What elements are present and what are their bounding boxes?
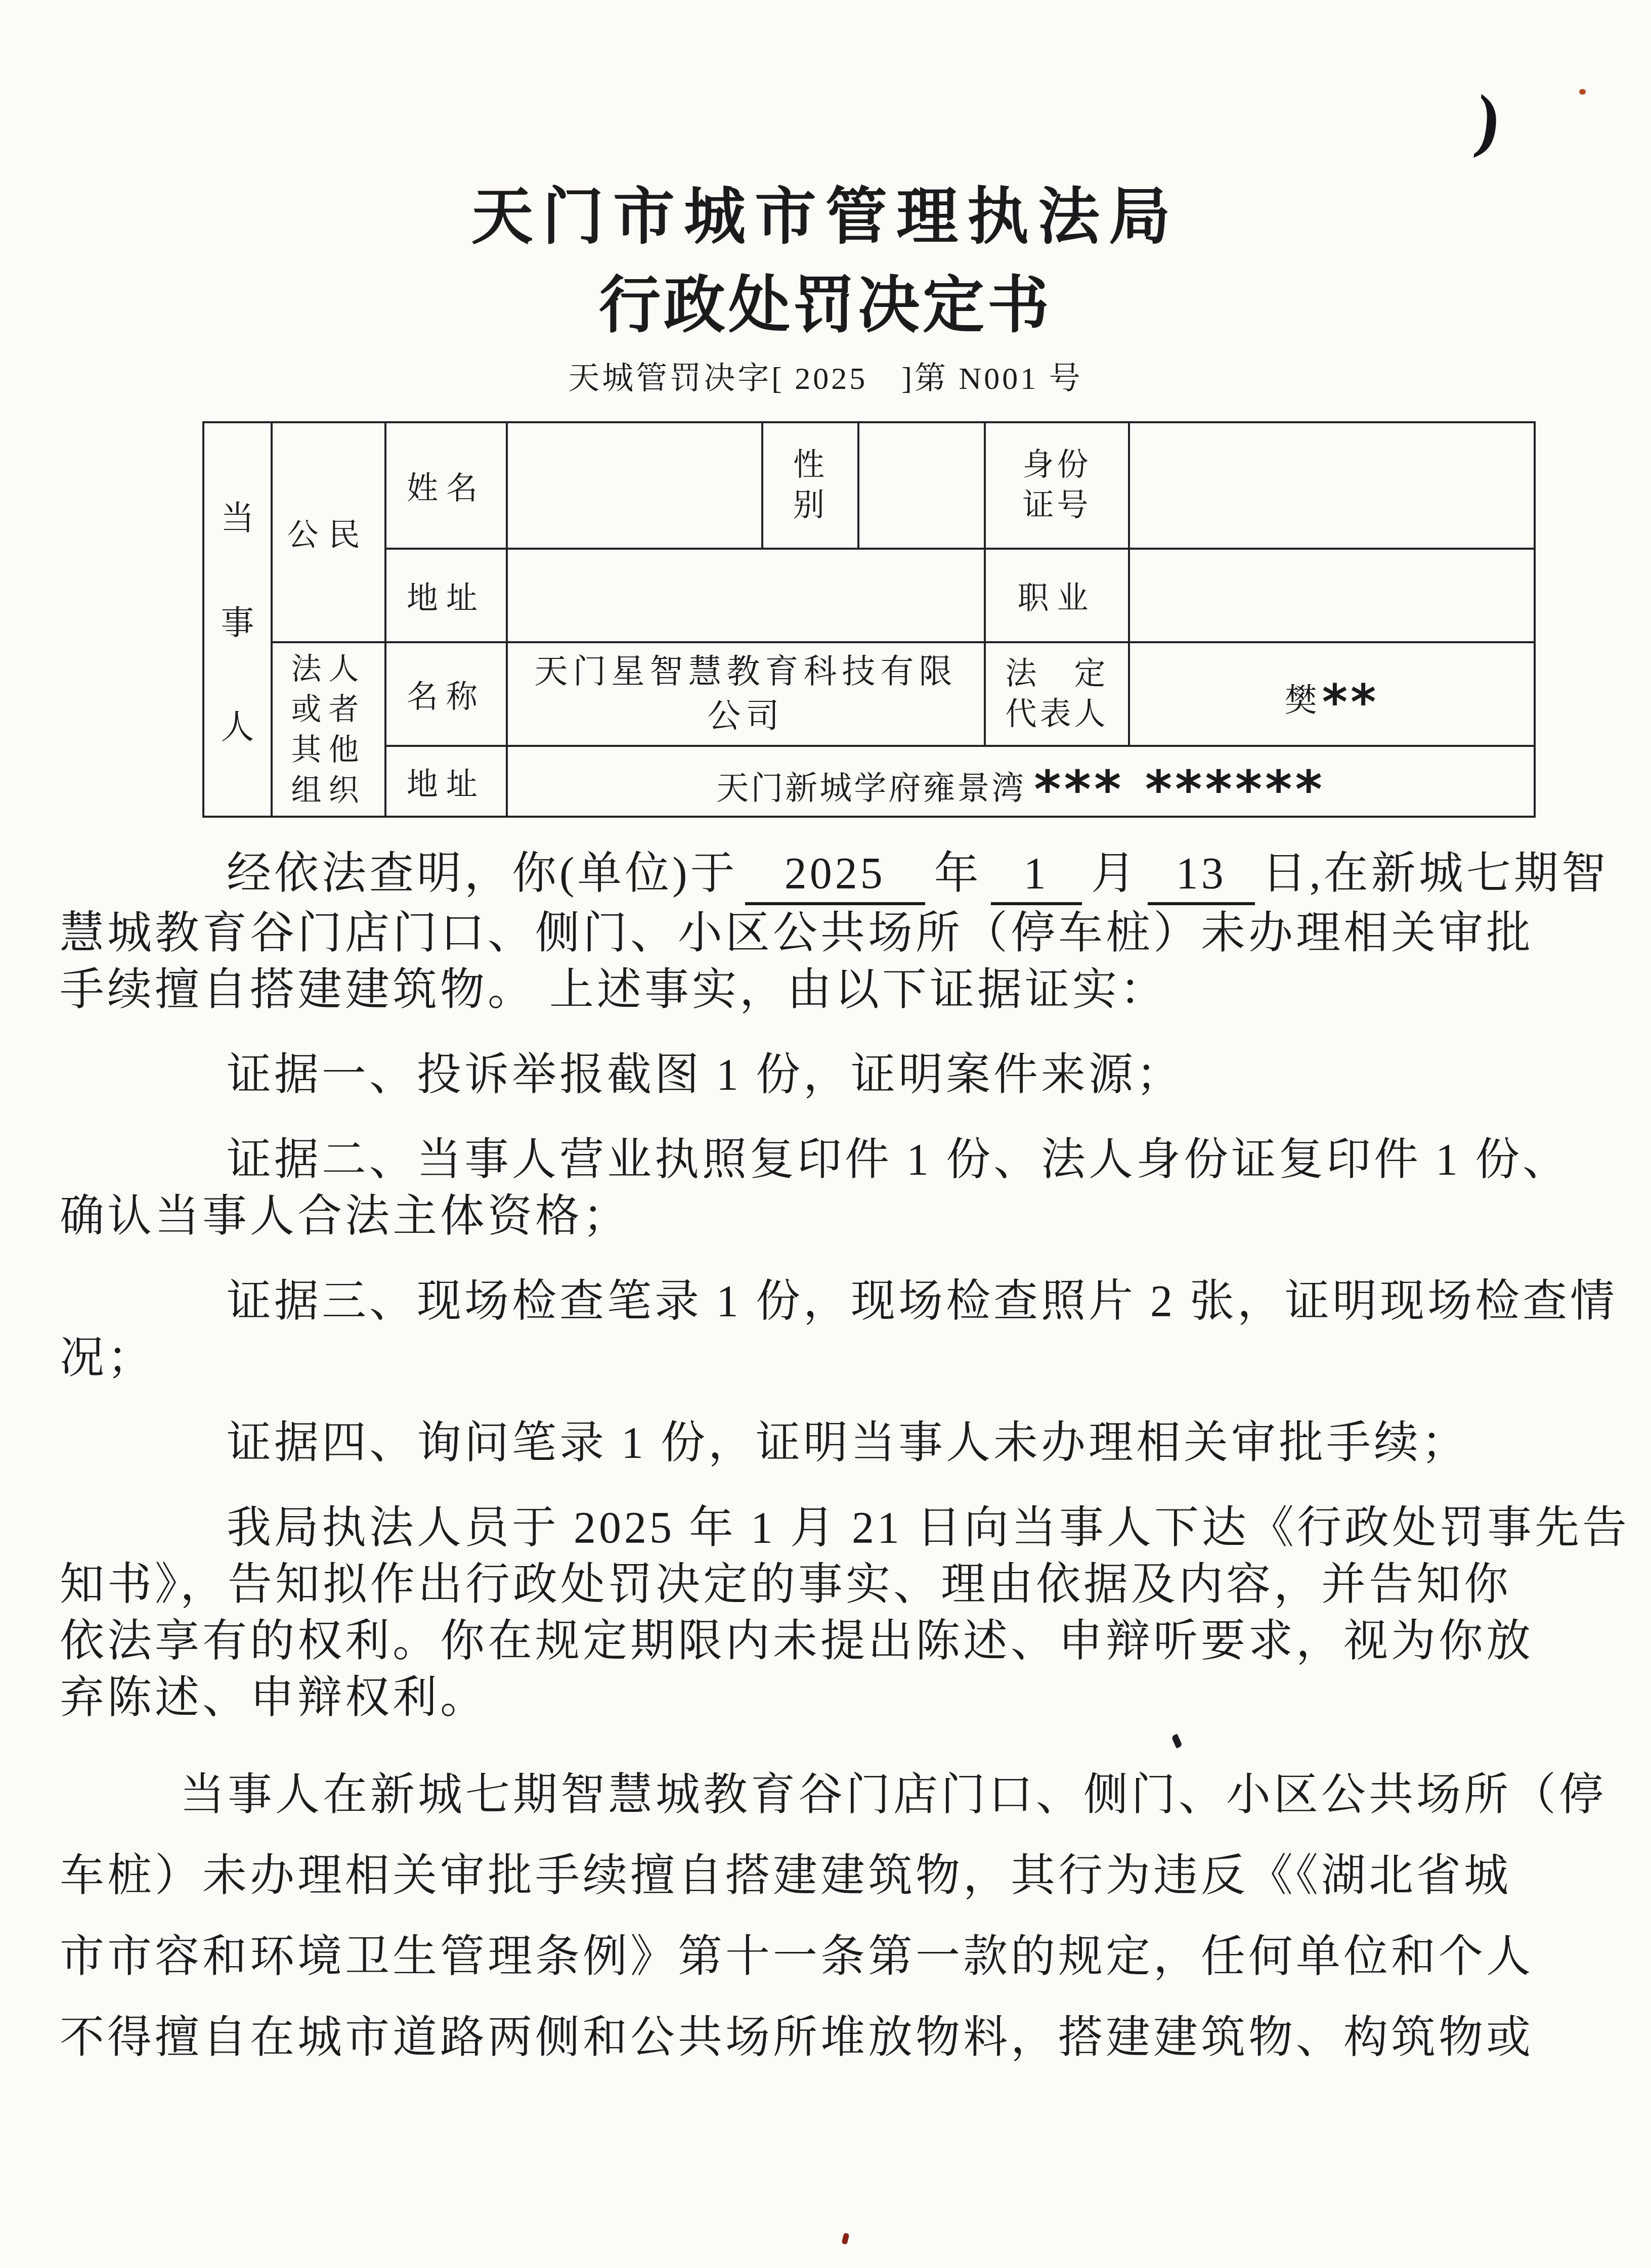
document-number: 天城管罚决字[ 2025 ]第 N001 号 <box>0 353 1651 398</box>
org-address-value: 天门新城学府雍景湾*** ****** <box>507 746 1535 817</box>
evidence-1-paragraph: 证据一、投诉举报截图 1 份，证明案件来源； <box>60 1047 1607 1103</box>
party-info-table: 当 事 人 公民 姓名 性 别 身份 证号 <box>202 421 1534 818</box>
evidence-4-paragraph: 证据四、询问笔录 1 份，证明当事人未办理相关审批手续； <box>60 1415 1607 1472</box>
evidence-3-paragraph: 证据三、现场检查笔录 1 份，现场检查照片 2 张，证明现场检查情 况； <box>60 1273 1607 1387</box>
body-line: 慧城教育谷门店门口、侧门、小区公共场所（停车桩）未办理相关审批 <box>60 905 1607 962</box>
org-label-line: 或者 <box>273 689 384 730</box>
org-address-text: 天门新城学府雍景湾 <box>716 770 1026 806</box>
org-address-label: 地址 <box>385 746 507 817</box>
gender-label-line: 别 <box>763 485 857 526</box>
violation-paragraph: 当事人在新城七期智慧城教育谷门店门口、侧门、小区公共场所（停 车桩）未办理相关审… <box>60 1755 1607 2078</box>
body-line: 经依法查明，你(单位)于2025年1月13日,在新城七期智 <box>60 846 1607 905</box>
citizen-address-value-empty <box>507 549 985 642</box>
body-line: 证据一、投诉举报截图 1 份，证明案件来源； <box>60 1047 1607 1103</box>
evidence-2-paragraph: 证据二、当事人营业执照复印件 1 份、法人身份证复印件 1 份、 确认当事人合法… <box>60 1132 1607 1245</box>
id-label-line: 身份 <box>986 445 1128 485</box>
underlined-month: 1 <box>991 846 1082 905</box>
legal-rep-surname: 樊 <box>1285 682 1317 718</box>
id-value-empty <box>1129 422 1535 549</box>
legal-representative-label: 法 定 代表人 <box>985 642 1129 746</box>
text-segment: 经依法查明，你(单位)于 <box>227 849 738 898</box>
document-title: 行政处罚决定书 <box>0 255 1651 344</box>
scan-speck-orange <box>1579 89 1586 95</box>
party-header-cell: 当 事 人 <box>203 422 272 817</box>
body-line: 确认当事人合法主体资格； <box>60 1188 1607 1245</box>
underlined-year: 2025 <box>745 846 925 905</box>
party-vertical-label: 当 事 人 <box>204 435 271 804</box>
org-label-line: 法人 <box>273 649 384 689</box>
org-label-line: 组织 <box>273 770 384 811</box>
body-line: 不得擅自在城市道路两侧和公共场所堆放物料，搭建建筑物、构筑物或 <box>60 1997 1607 2078</box>
findings-paragraph: 经依法查明，你(单位)于2025年1月13日,在新城七期智 慧城教育谷门店门口、… <box>60 846 1607 1018</box>
occupation-value-empty <box>1129 549 1535 642</box>
party-char: 人 <box>204 700 271 748</box>
party-char: 当 <box>204 491 271 539</box>
body-line: 证据二、当事人营业执照复印件 1 份、法人身份证复印件 1 份、 <box>60 1132 1607 1188</box>
body-line: 市市容和环境卫生管理条例》第十一条第一款的规定，任何单位和个人 <box>60 1917 1607 1997</box>
text-segment: 月 <box>1091 849 1139 898</box>
masked-address-stars: *** ****** <box>1034 760 1325 817</box>
gender-label: 性 别 <box>762 422 858 549</box>
company-name: 天门星智慧教育科技有限公司 <box>508 650 984 739</box>
body-line: 车桩）未办理相关审批手续擅自搭建建筑物，其行为违反《《湖北省城 <box>60 1836 1607 1917</box>
scan-speck-red <box>842 2233 850 2245</box>
citizen-group-label: 公民 <box>272 422 385 642</box>
body-line: 证据三、现场检查笔录 1 份，现场检查照片 2 张，证明现场检查情 <box>60 1273 1607 1330</box>
text-segment: 日,在新城七期智 <box>1262 849 1609 898</box>
legal-rep-label-line: 法 定 <box>986 654 1128 694</box>
body-line: 依法享有的权利。你在规定期限内未提出陈述、申辩听要求，视为你放 <box>60 1613 1607 1670</box>
body-line: 手续擅自搭建建筑物。 上述事实，由以下证据证实： <box>60 962 1607 1018</box>
id-label-line: 证号 <box>986 485 1128 526</box>
body-line: 当事人在新城七期智慧城教育谷门店门口、侧门、小区公共场所（停 <box>60 1755 1607 1836</box>
scanned-document-page: ) 天门市城市管理执法局 行政处罚决定书 天城管罚决字[ 2025 ]第 N00… <box>0 0 1651 2268</box>
body-line: 我局执法人员于 2025 年 1 月 21 日向当事人下达《行政处罚事先告 <box>60 1500 1607 1557</box>
org-name-value: 天门星智慧教育科技有限公司 <box>507 642 985 746</box>
legal-rep-label-line: 代表人 <box>986 694 1128 735</box>
masked-name-stars: ** <box>1322 674 1379 731</box>
org-group-label: 法人 或者 其他 组织 <box>272 642 385 817</box>
body-line: 证据四、询问笔录 1 份，证明当事人未办理相关审批手续； <box>60 1415 1607 1472</box>
body-line: 弃陈述、申辩权利。 <box>60 1670 1607 1726</box>
text-segment: 年 <box>934 849 982 898</box>
party-char: 事 <box>204 596 271 644</box>
org-label-line: 其他 <box>273 730 384 770</box>
legal-representative-value: 樊** <box>1129 642 1535 746</box>
org-group-label-lines: 法人 或者 其他 组织 <box>273 649 384 811</box>
name-label: 姓名 <box>385 422 507 549</box>
agency-title: 天门市城市管理执法局 <box>0 167 1651 255</box>
body-line: 知书》，告知拟作出行政处罚决定的事实、理由依据及内容，并告知你 <box>60 1557 1607 1613</box>
id-number-label: 身份 证号 <box>985 422 1129 549</box>
pen-mark: ) <box>1471 79 1504 162</box>
gender-label-line: 性 <box>763 445 857 485</box>
citizen-address-label: 地址 <box>385 549 507 642</box>
name-value-empty <box>507 422 762 549</box>
org-name-label: 名称 <box>385 642 507 746</box>
prior-notice-paragraph: 我局执法人员于 2025 年 1 月 21 日向当事人下达《行政处罚事先告 知书… <box>60 1500 1607 1726</box>
document-body: 经依法查明，你(单位)于2025年1月13日,在新城七期智 慧城教育谷门店门口、… <box>60 846 1607 2107</box>
underlined-day: 13 <box>1148 846 1255 905</box>
occupation-label: 职业 <box>985 549 1129 642</box>
gender-value-empty <box>858 422 985 549</box>
body-line: 况； <box>60 1330 1607 1387</box>
